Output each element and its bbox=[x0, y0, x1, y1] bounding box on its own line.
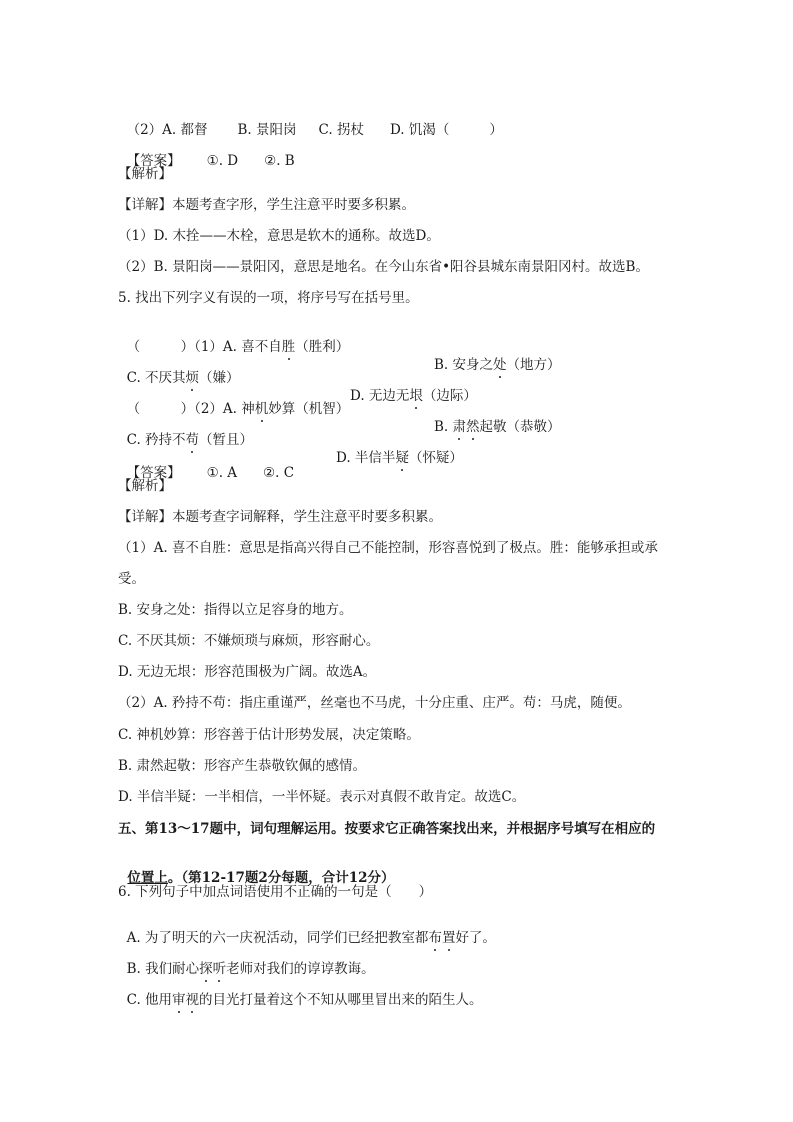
dotted-char: 然 bbox=[466, 419, 480, 435]
option-d-gloss: （怀疑） bbox=[409, 450, 463, 466]
option-d-text: D. 无边无 bbox=[350, 388, 409, 404]
q6-stem: 6. 下列句子中加点词语使用不正确的一句是（ ） bbox=[118, 883, 432, 901]
option-d: D. 饥渴（ bbox=[390, 122, 449, 138]
option-b-gloss: 起敬（恭敬） bbox=[480, 419, 561, 435]
option-a-gloss: （胜利） bbox=[295, 339, 349, 355]
section-5-heading-line2: 位置上。（第12-17题2分每题，合计12分） bbox=[118, 851, 395, 887]
q5-detail-p2-c: C. 神机妙算：形容善于估计形势发展，决定策略。 bbox=[118, 726, 420, 744]
option-d-gloss: （边际） bbox=[423, 388, 477, 404]
dotted-char: 肃 bbox=[453, 419, 467, 435]
dotted-char: 机 bbox=[255, 401, 269, 417]
q5-detail-p2a: （2）A. 矜持不苟：指庄重谨严，丝毫也不马虎，十分庄重、庄严。苟：马虎，随便。 bbox=[118, 694, 631, 712]
q5-detail-p2-b: B. 肃然起敬：形容产生恭敬钦佩的感情。 bbox=[118, 757, 366, 775]
q5-analysis-label: 【解析】 bbox=[118, 477, 172, 495]
dotted-char: 视 bbox=[186, 992, 200, 1008]
option-a-end: 好了。 bbox=[455, 930, 496, 946]
option-b-gloss: （地方） bbox=[507, 357, 561, 373]
q5-detail-p2-d: D. 半信半疑：一半相信，一半怀疑。表示对真假不敢肯定。故选C。 bbox=[118, 788, 525, 806]
section-5-heading-line1: 五、第13～17题中，词句理解运用。按要求它正确答案找出来，并根据序号填写在相应… bbox=[118, 820, 655, 838]
q5-detail-p1b: 受。 bbox=[118, 570, 145, 588]
answer-2: ②. C bbox=[263, 465, 294, 481]
q5-detail-p1-d: D. 无边无垠：形容范围极为广阔。故选A。 bbox=[118, 663, 376, 681]
option-c-text: C. 他用 bbox=[127, 992, 172, 1008]
option-b-text: B. 安身之 bbox=[434, 357, 493, 373]
dotted-char: 胜 bbox=[282, 339, 296, 355]
option-b: B. 肃然起敬（恭敬） bbox=[434, 418, 561, 436]
option-d-text: D. 半信半 bbox=[336, 450, 395, 466]
answer-2: ②. B bbox=[264, 153, 295, 169]
q4-detail-p2: （2）B. 景阳岗——景阳冈，意思是地名。在今山东省•阳谷县城东南景阳冈村。故选… bbox=[118, 258, 649, 276]
option-b-text: B. bbox=[434, 419, 453, 435]
option-d: D. 无边无垠（边际） bbox=[350, 387, 477, 405]
dotted-char: 布 bbox=[428, 930, 442, 946]
q4-analysis-label: 【解析】 bbox=[118, 165, 172, 183]
answer-1: ①. A bbox=[207, 465, 237, 481]
q5-stem: 5. 找出下列字义有误的一项，将序号写在括号里。 bbox=[118, 289, 419, 307]
option-d: D. 半信半疑（怀疑） bbox=[336, 449, 463, 467]
q5-detail-p1a: （1）A. 喜不自胜：意思是指高兴得自己不能控制，形容喜悦到了极点。胜：能够承担… bbox=[118, 539, 658, 557]
option-b: B. 安身之处（地方） bbox=[434, 356, 561, 374]
dotted-char: 垠 bbox=[409, 388, 423, 404]
dotted-char: 审 bbox=[172, 992, 186, 1008]
answer-blank-close: ） bbox=[489, 122, 503, 138]
q4-detail-intro: 【详解】本题考查字形，学生注意平时要多积累。 bbox=[118, 196, 415, 214]
q4-detail-p1: （1）D. 木拴——木栓，意思是软木的通称。故选D。 bbox=[118, 227, 440, 245]
dotted-char: 处 bbox=[493, 357, 507, 373]
option-c: C. 拐杖 bbox=[319, 122, 364, 138]
dotted-char: 疑 bbox=[395, 450, 409, 466]
option-a-gloss: 妙算（机智） bbox=[268, 401, 349, 417]
dotted-char: 置 bbox=[442, 930, 456, 946]
q5-detail-p1-c: C. 不厌其烦：不嫌烦琐与麻烦，形容耐心。 bbox=[118, 632, 379, 650]
answer-1: ①. D bbox=[207, 153, 239, 169]
q5-detail-intro: 【详解】本题考查字词解释，学生注意平时要多积累。 bbox=[118, 508, 442, 526]
q5-detail-p1-b: B. 安身之处：指得以立足容身的地方。 bbox=[118, 601, 353, 619]
option-c-end: 的目光打量着这个不知从哪里冒出来的陌生人。 bbox=[199, 992, 483, 1008]
q6-option-c: C. 他用审视的目光打量着这个不知从哪里冒出来的陌生人。 bbox=[118, 973, 483, 1009]
